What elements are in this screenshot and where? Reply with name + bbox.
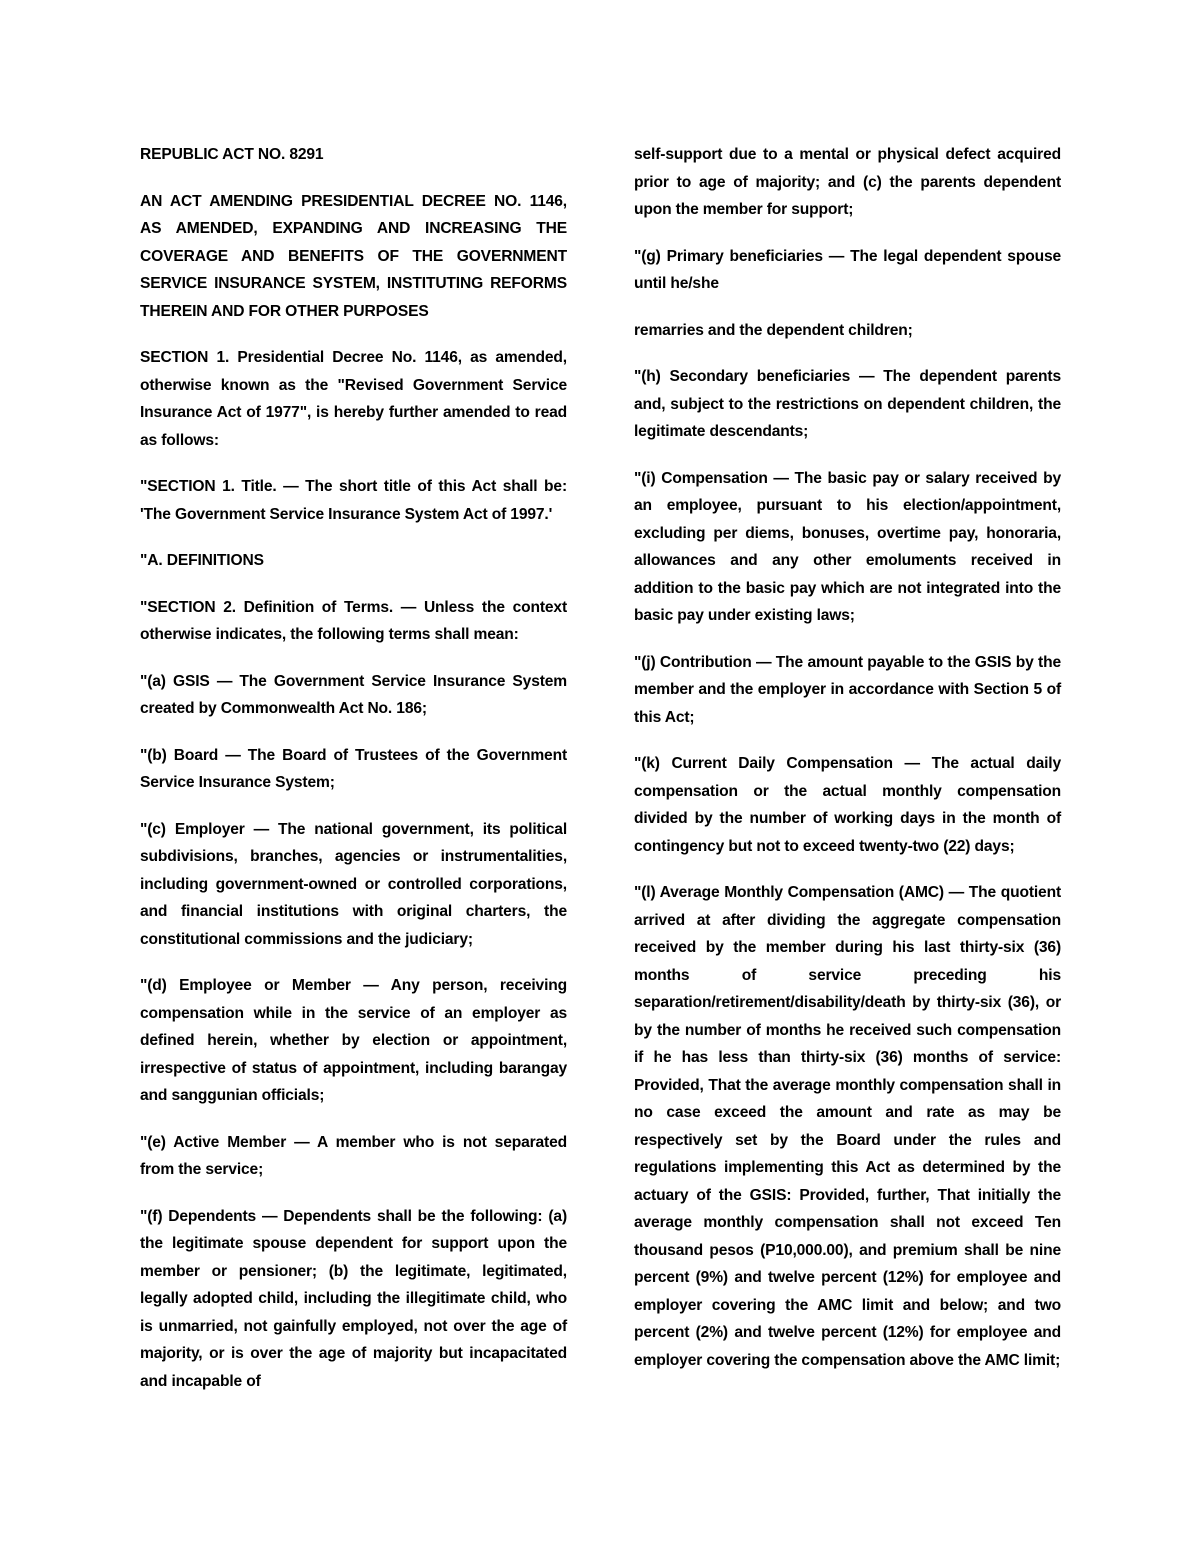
quoted-section-1-title: "SECTION 1. Title. — The short title of …	[140, 473, 567, 528]
definition-g-continuation: remarries and the dependent children;	[634, 317, 1061, 345]
act-number-heading: REPUBLIC ACT NO. 8291	[140, 141, 567, 169]
left-text-column: REPUBLIC ACT NO. 8291 AN ACT AMENDING PR…	[140, 141, 567, 1395]
document-page: REPUBLIC ACT NO. 8291 AN ACT AMENDING PR…	[0, 0, 1200, 1553]
section-1-intro: SECTION 1. Presidential Decree No. 1146,…	[140, 344, 567, 454]
definitions-heading: "A. DEFINITIONS	[140, 547, 567, 575]
definition-e-active-member: "(e) Active Member — A member who is not…	[140, 1129, 567, 1184]
definition-f-continuation: self-support due to a mental or physical…	[634, 141, 1061, 224]
act-title: AN ACT AMENDING PRESIDENTIAL DECREE NO. …	[140, 188, 567, 326]
definition-f-dependents: "(f) Dependents — Dependents shall be th…	[140, 1203, 567, 1396]
definition-i-compensation: "(i) Compensation — The basic pay or sal…	[634, 465, 1061, 630]
definition-k-current-daily-compensation: "(k) Current Daily Compensation — The ac…	[634, 750, 1061, 860]
definition-d-employee-member: "(d) Employee or Member — Any person, re…	[140, 972, 567, 1110]
definition-a-gsis: "(a) GSIS — The Government Service Insur…	[140, 668, 567, 723]
definition-c-employer: "(c) Employer — The national government,…	[140, 816, 567, 954]
definition-h-secondary-beneficiaries: "(h) Secondary beneficiaries — The depen…	[634, 363, 1061, 446]
definition-b-board: "(b) Board — The Board of Trustees of th…	[140, 742, 567, 797]
definition-l-average-monthly-compensation: "(l) Average Monthly Compensation (AMC) …	[634, 879, 1061, 1374]
definition-j-contribution: "(j) Contribution — The amount payable t…	[634, 649, 1061, 732]
right-text-column: self-support due to a mental or physical…	[634, 141, 1061, 1374]
section-2-intro: "SECTION 2. Definition of Terms. — Unles…	[140, 594, 567, 649]
definition-g-primary-beneficiaries: "(g) Primary beneficiaries — The legal d…	[634, 243, 1061, 298]
